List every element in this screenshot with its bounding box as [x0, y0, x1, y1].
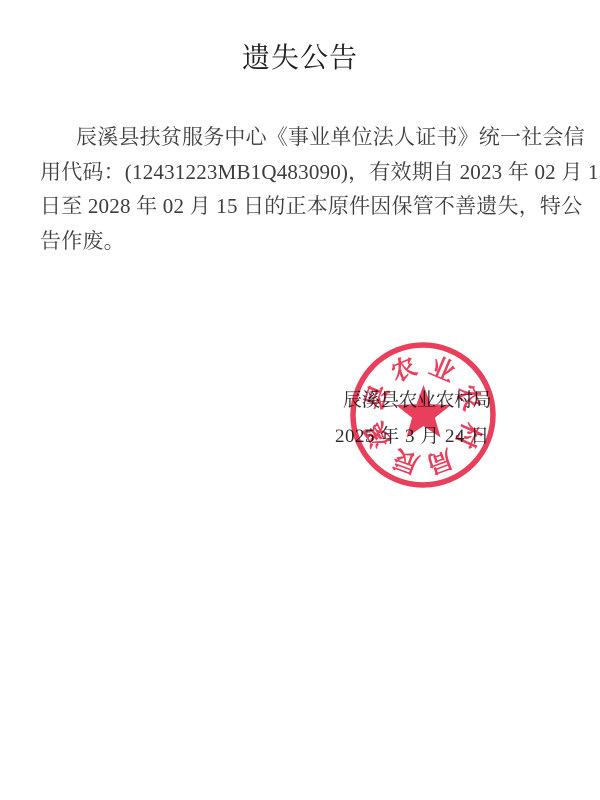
document-title: 遗失公告: [0, 36, 600, 76]
body-line-4: 告作废。: [40, 224, 565, 259]
announcement-document: 遗失公告 辰溪县扶贫服务中心《事业单位法人证书》统一社会信 用代码：(12431…: [0, 0, 600, 800]
seal-arc-char-2: 溪: [360, 418, 396, 452]
body-line-1: 辰溪县扶贫服务中心《事业单位法人证书》统一社会信: [40, 120, 565, 155]
seal-arc-char-4: 农: [387, 352, 421, 388]
seal-arc-char-5: 业: [425, 352, 459, 388]
seal-arc-char-7: 村: [450, 418, 486, 452]
document-body: 辰溪县扶贫服务中心《事业单位法人证书》统一社会信 用代码：(12431223MB…: [40, 120, 565, 259]
seal-arc-char-6: 农: [451, 381, 486, 414]
star-icon: [396, 385, 451, 438]
body-line-2: 用代码：(12431223MB1Q483090)，有效期自 2023 年 02 …: [40, 155, 565, 190]
body-line-3: 日至 2028 年 02 月 15 日的正本原件因保管不善遗失，特公: [40, 189, 565, 224]
seal-arc-char-1: 辰: [390, 444, 423, 479]
seal-arc-char-8: 局: [423, 444, 456, 479]
official-round-seal: 辰 溪 县 农 业 农 村 局: [343, 335, 503, 495]
seal-arc-char-3: 县: [360, 381, 395, 414]
